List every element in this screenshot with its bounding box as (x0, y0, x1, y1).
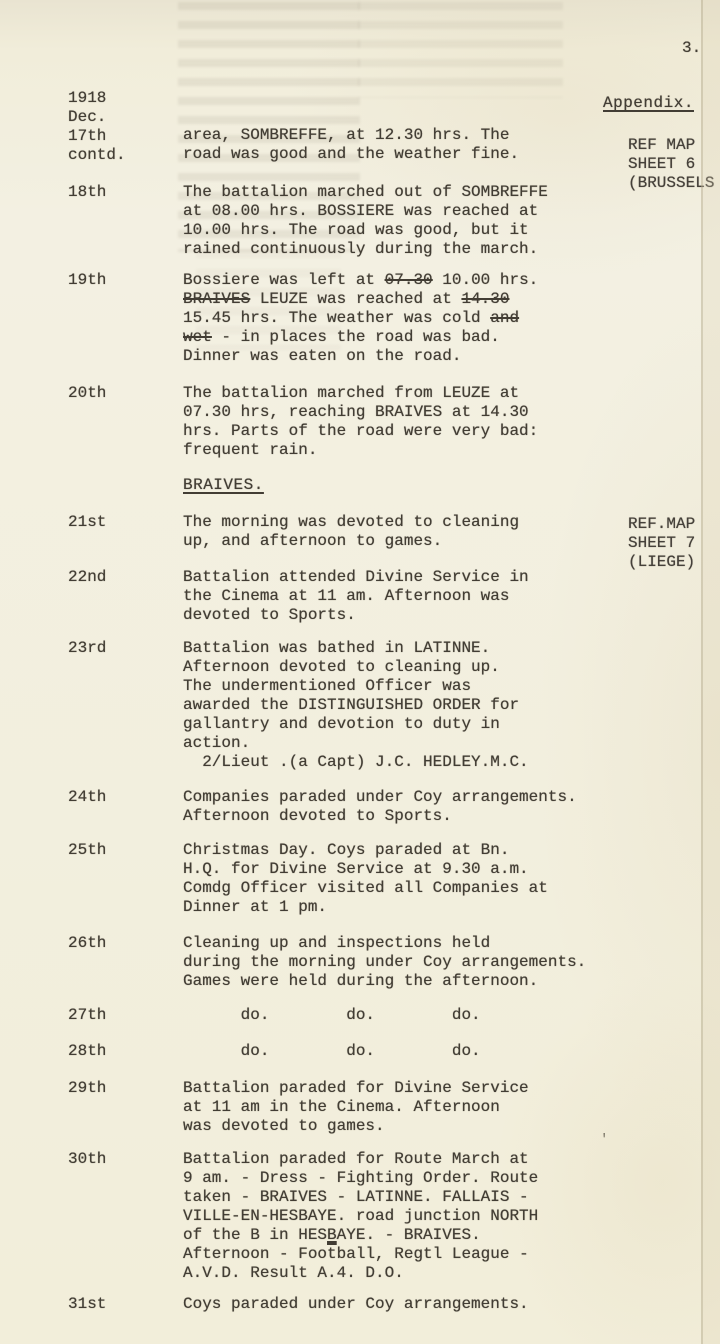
entry-body-26th: Cleaning up and inspections heldduring t… (183, 934, 586, 991)
entry-body-18th: The battalion marched out of SOMBREFFEat… (183, 183, 548, 259)
entry-line: 15.45 hrs. The weather was cold and (183, 309, 538, 328)
entry-line: Dinner was eaten on the road. (183, 347, 538, 366)
entry-body-29th: Battalion paraded for Divine Serviceat 1… (183, 1079, 529, 1136)
entry-body-23rd: Battalion was bathed in LATINNE.Afternoo… (183, 639, 529, 772)
entry-date-27th: 27th (68, 1006, 106, 1025)
entry-line: the Cinema at 11 am. Afternoon was (183, 587, 529, 606)
entry-body-31st: Coys paraded under Coy arrangements. (183, 1295, 529, 1314)
entry-line: Comdg Officer visited all Companies at (183, 879, 548, 898)
entry-line: Battalion paraded for Divine Service (183, 1079, 529, 1098)
entry-line: of the B in HESBAYE. - BRAIVES. (183, 1226, 538, 1245)
entry-line: rained continuously during the march. (183, 240, 548, 259)
entry-body-19th: Bossiere was left at 07.30 10.00 hrs.BRA… (183, 271, 538, 366)
entry-line: wet - in places the road was bad. (183, 328, 538, 347)
entry-body-28th: do. do. do. (183, 1042, 481, 1061)
entry-date-22nd: 22nd (68, 568, 106, 587)
entry-line: Battalion was bathed in LATINNE. (183, 639, 529, 658)
entry-line: do. do. do. (183, 1006, 481, 1025)
entry-line: at 08.00 hrs. BOSSIERE was reached at (183, 202, 548, 221)
entry-date-30th: 30th (68, 1150, 106, 1169)
entry-line: Afternoon devoted to Sports. (183, 807, 577, 826)
entry-date-18th: 18th (68, 183, 106, 202)
entry-date-20th: 20th (68, 384, 106, 403)
entry-date-19th: 19th (68, 271, 106, 290)
entry-line: The battalion marched from LEUZE at (183, 384, 538, 403)
entry-body-25th: Christmas Day. Coys paraded at Bn.H.Q. f… (183, 841, 548, 917)
entry-line: 07.30 hrs, reaching BRAIVES at 14.30 (183, 403, 538, 422)
entry-line: Companies paraded under Coy arrangements… (183, 788, 577, 807)
bleed-through-text (358, 2, 563, 98)
entry-line: 10.00 hrs. The road was good, but it (183, 221, 548, 240)
entry-line: Afternoon devoted to cleaning up. (183, 658, 529, 677)
entry-line: hrs. Parts of the road were very bad: (183, 422, 538, 441)
entry-date-23rd: 23rd (68, 639, 106, 658)
entry-line: H.Q. for Divine Service at 9.30 a.m. (183, 860, 548, 879)
entry-date-17th-contd: 1918Dec.17thcontd. (68, 89, 126, 165)
entry-line: up, and afternoon to games. (183, 532, 519, 551)
entry-line: action. (183, 734, 529, 753)
entry-line: Coys paraded under Coy arrangements. (183, 1295, 529, 1314)
stray-ink-mark: ' (600, 1131, 608, 1150)
entry-line: taken - BRAIVES - LATINNE. FALLAIS - (183, 1188, 538, 1207)
entry-date-21st: 21st (68, 513, 106, 532)
paper-edge-strip (703, 0, 720, 1344)
entry-body-21st: The morning was devoted to cleaningup, a… (183, 513, 519, 551)
entry-line: BRAIVES LEUZE was reached at 14.30 (183, 290, 538, 309)
entry-line: Dinner at 1 pm. (183, 898, 548, 917)
entry-line: The undermentioned Officer was (183, 677, 529, 696)
entry-date-29th: 29th (68, 1079, 106, 1098)
entry-line: awarded the DISTINGUISHED ORDER for (183, 696, 529, 715)
entry-line: area, SOMBREFFE, at 12.30 hrs. The (183, 126, 519, 145)
entry-body-22nd: Battalion attended Divine Service inthe … (183, 568, 529, 625)
section-heading-braives: BRAIVES. (183, 476, 264, 495)
page-number: 3. (682, 39, 701, 58)
entry-body-24th: Companies paraded under Coy arrangements… (183, 788, 577, 826)
entry-line: was devoted to games. (183, 1117, 529, 1136)
entry-date-31st: 31st (68, 1295, 106, 1314)
entry-line: Battalion paraded for Route March at (183, 1150, 538, 1169)
entry-line: frequent rain. (183, 441, 538, 460)
entry-body-17th-contd: area, SOMBREFFE, at 12.30 hrs. Theroad w… (183, 126, 519, 164)
appendix-heading: Appendix. (603, 94, 694, 113)
entry-line: gallantry and devotion to duty in (183, 715, 529, 734)
entry-date-26th: 26th (68, 934, 106, 953)
entry-line: Bossiere was left at 07.30 10.00 hrs. (183, 271, 538, 290)
entry-line: Battalion attended Divine Service in (183, 568, 529, 587)
entry-body-20th: The battalion marched from LEUZE at07.30… (183, 384, 538, 460)
entry-line: The morning was devoted to cleaning (183, 513, 519, 532)
entry-line: Cleaning up and inspections held (183, 934, 586, 953)
entry-line: A.V.D. Result A.4. D.O. (183, 1264, 538, 1283)
entry-line: 9 am. - Dress - Fighting Order. Route (183, 1169, 538, 1188)
entry-date-28th: 28th (68, 1042, 106, 1061)
entry-line: at 11 am in the Cinema. Afternoon (183, 1098, 529, 1117)
entry-date-25th: 25th (68, 841, 106, 860)
entry-line: VILLE-EN-HESBAYE. road junction NORTH (183, 1207, 538, 1226)
war-diary-page: 3. Appendix. 1918Dec.17thcontd.area, SOM… (0, 0, 720, 1344)
entry-line: do. do. do. (183, 1042, 481, 1061)
entry-line: Christmas Day. Coys paraded at Bn. (183, 841, 548, 860)
entry-line: road was good and the weather fine. (183, 145, 519, 164)
paper-edge-line (701, 0, 703, 1344)
entry-body-27th: do. do. do. (183, 1006, 481, 1025)
entry-line: The battalion marched out of SOMBREFFE (183, 183, 548, 202)
entry-line: 2/Lieut .(a Capt) J.C. HEDLEY.M.C. (183, 753, 529, 772)
entry-line: during the morning under Coy arrangement… (183, 953, 586, 972)
margin-note-21st: REF.MAPSHEET 7(LIEGE) (628, 515, 695, 572)
entry-body-30th: Battalion paraded for Route March at9 am… (183, 1150, 538, 1283)
entry-date-24th: 24th (68, 788, 106, 807)
entry-line: Afternoon - Football, Regtl League - (183, 1245, 538, 1264)
entry-line: Games were held during the afternoon. (183, 972, 586, 991)
entry-line: devoted to Sports. (183, 606, 529, 625)
